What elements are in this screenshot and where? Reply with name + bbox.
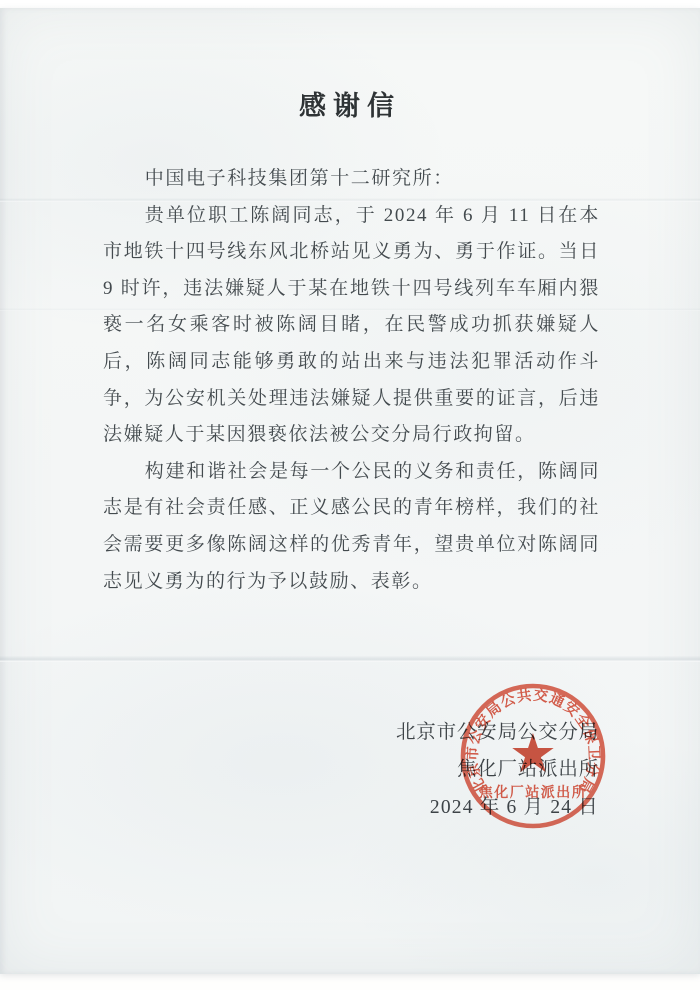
scanned-letter-photo: 感谢信 中国电子科技集团第十二研究所： 贵单位职工陈阔同志，于 2024 年 6… xyxy=(0,0,700,990)
official-seal: 北京市公安局公共交通安全保卫分局 ★ 焦化厂站派出所 xyxy=(447,670,619,842)
paragraph-1: 贵单位职工陈阔同志，于 2024 年 6 月 11 日在本市地铁十四号线东风北桥… xyxy=(103,198,600,454)
letter-body: 中国电子科技集团第十二研究所： 贵单位职工陈阔同志，于 2024 年 6 月 1… xyxy=(103,161,600,600)
paragraph-2: 构建和谐社会是每一个公民的义务和责任，陈阔同志是有社会责任感、正义感公民的青年榜… xyxy=(103,454,600,600)
letter-title: 感谢信 xyxy=(0,84,700,123)
letter-paper: 感谢信 中国电子科技集团第十二研究所： 贵单位职工陈阔同志，于 2024 年 6… xyxy=(0,8,700,974)
paper-fold-crease xyxy=(0,656,700,662)
seal-star-icon: ★ xyxy=(509,724,557,784)
seal-station-text: 焦化厂站派出所 xyxy=(479,784,588,801)
salutation: 中国电子科技集团第十二研究所： xyxy=(103,161,600,198)
